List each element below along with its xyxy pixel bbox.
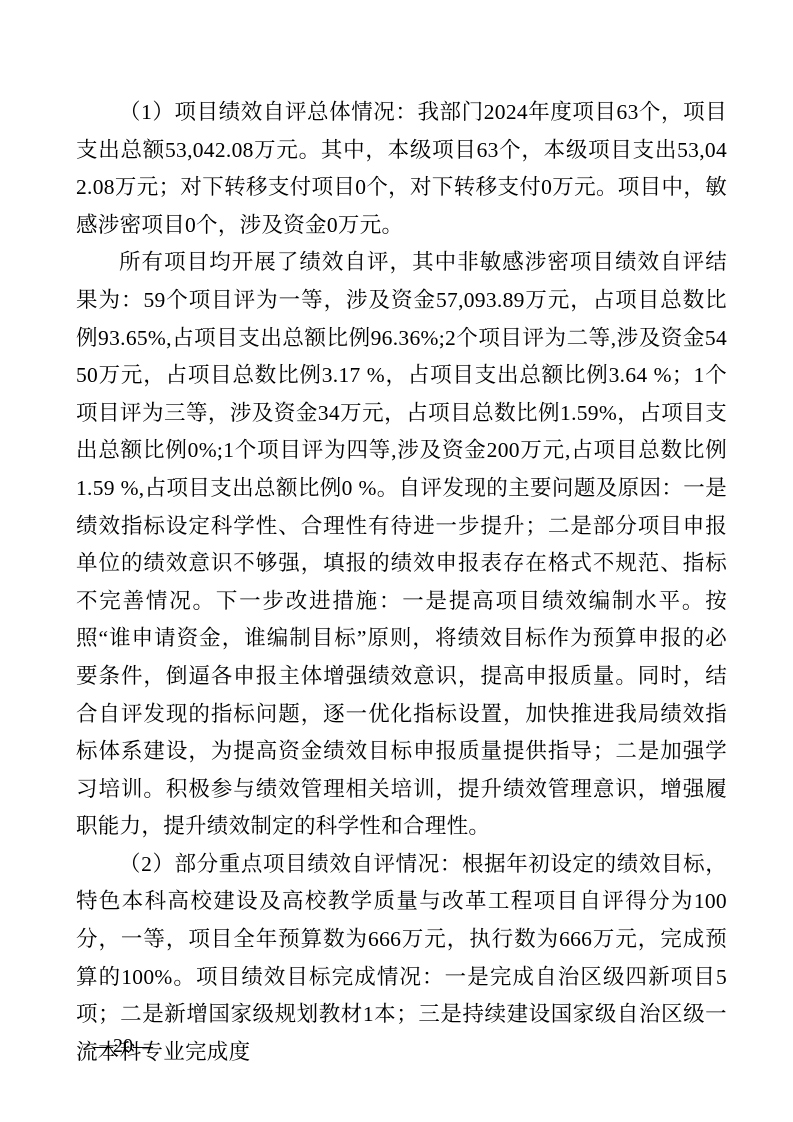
paragraph-key-project-self-evaluation: （2）部分重点项目绩效自评情况：根据年初设定的绩效目标，特色本科高校建设及高校教…	[76, 846, 727, 1072]
document-body: （1）项目绩效自评总体情况：我部门2024年度项目63个，项目支出总额53,04…	[76, 94, 727, 1071]
document-page: （1）项目绩效自评总体情况：我部门2024年度项目63个，项目支出总额53,04…	[0, 0, 793, 1122]
page-number: —20—	[93, 1032, 153, 1060]
paragraph-project-self-evaluation-overview: （1）项目绩效自评总体情况：我部门2024年度项目63个，项目支出总额53,04…	[76, 94, 727, 244]
paragraph-self-evaluation-results-and-measures: 所有项目均开展了绩效自评，其中非敏感涉密项目绩效自评结果为：59个项目评为一等，…	[76, 244, 727, 846]
